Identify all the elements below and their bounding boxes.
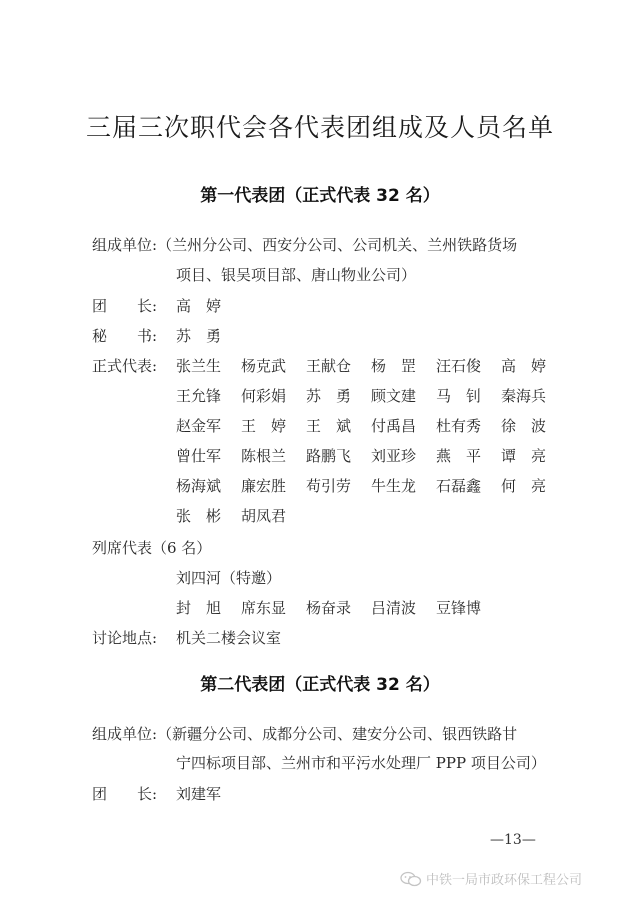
delegate-name: 胡凤君 (241, 505, 286, 526)
attendee-name: 席东显 (241, 597, 306, 618)
group1-heading: 第一代表团（正式代表 32 名） (0, 181, 640, 206)
delegate-name: 曾仕军 (176, 445, 241, 466)
delegate-name: 徐 波 (501, 415, 546, 436)
delegate-name: 何 亮 (501, 475, 546, 496)
delegate-row: 王允锋何彩娟苏 勇顾文建马 钊秦海兵 (176, 385, 546, 406)
attendee-special: 刘四河（特邀） (176, 567, 281, 588)
attendee-name: 杨奋录 (306, 597, 371, 618)
delegate-name: 马 钊 (436, 385, 501, 406)
venue-value: 机关二楼会议室 (176, 629, 281, 647)
secretary-label: 秘 书: (92, 325, 176, 346)
delegate-name: 顾文建 (371, 385, 436, 406)
delegate-name: 王献仓 (306, 355, 371, 376)
delegate-name: 何彩娟 (241, 385, 306, 406)
delegate-name: 谭 亮 (501, 445, 546, 466)
document-title: 三届三次职代会各代表团组成及人员名单 (0, 108, 640, 144)
delegate-name: 路鹏飞 (306, 445, 371, 466)
delegate-name: 付禹昌 (371, 415, 436, 436)
units-label: 组成单位: (92, 236, 157, 254)
delegate-name: 苏 勇 (306, 385, 371, 406)
delegate-row: 张 彬胡凤君 (176, 505, 286, 526)
leader-name: 刘建军 (176, 785, 221, 803)
delegate-name: 张兰生 (176, 355, 241, 376)
delegate-name: 王允锋 (176, 385, 241, 406)
page-number: —13— (490, 832, 536, 848)
group1-secretary: 秘 书:苏 勇 (92, 325, 221, 346)
group1-units: 组成单位:（兰州分公司、西安分公司、公司机关、兰州铁路货场 (92, 234, 517, 255)
delegate-name: 刘亚珍 (371, 445, 436, 466)
delegate-name: 杨 罡 (371, 355, 436, 376)
group2-units: 组成单位:（新疆分公司、成都分公司、建安分公司、银西铁路甘 (92, 723, 517, 744)
units-line1: （新疆分公司、成都分公司、建安分公司、银西铁路甘 (157, 725, 517, 743)
group1-leader: 团 长:高 婷 (92, 295, 221, 316)
group1-delegates-label: 正式代表: (92, 355, 176, 376)
secretary-name: 苏 勇 (176, 327, 221, 345)
group1-venue: 讨论地点:机关二楼会议室 (92, 627, 281, 648)
delegate-name: 张 彬 (176, 505, 241, 526)
leader-name: 高 婷 (176, 297, 221, 315)
delegates-label: 正式代表: (92, 355, 176, 376)
delegate-row: 杨海斌廉宏胜苟引劳牛生龙石磊鑫何 亮 (176, 475, 546, 496)
delegate-name: 杨克武 (241, 355, 306, 376)
delegate-row: 张兰生杨克武王献仓杨 罡汪石俊高 婷 (176, 355, 546, 376)
delegate-name: 秦海兵 (501, 385, 546, 406)
delegate-name: 赵金军 (176, 415, 241, 436)
venue-label: 讨论地点: (92, 627, 176, 648)
delegate-name: 王 婷 (241, 415, 306, 436)
delegate-name: 汪石俊 (436, 355, 501, 376)
delegate-row: 赵金军王 婷王 斌付禹昌杜有秀徐 波 (176, 415, 546, 436)
units-line1: （兰州分公司、西安分公司、公司机关、兰州铁路货场 (157, 236, 517, 254)
delegate-name: 廉宏胜 (241, 475, 306, 496)
delegate-row: 曾仕军陈根兰路鹏飞刘亚珍燕 平谭 亮 (176, 445, 546, 466)
attendee-name: 封 旭 (176, 597, 241, 618)
delegate-name: 高 婷 (501, 355, 546, 376)
delegate-name: 杜有秀 (436, 415, 501, 436)
delegate-name: 石磊鑫 (436, 475, 501, 496)
delegate-name: 王 斌 (306, 415, 371, 436)
watermark: 中铁一局市政环保工程公司 (400, 869, 582, 891)
watermark-text: 中铁一局市政环保工程公司 (426, 873, 582, 888)
attendee-name: 吕清波 (371, 597, 436, 618)
attendee-name: 豆锋博 (436, 597, 481, 618)
units-label: 组成单位: (92, 725, 157, 743)
leader-label: 团 长: (92, 783, 176, 804)
delegate-name: 陈根兰 (241, 445, 306, 466)
delegate-name: 牛生龙 (371, 475, 436, 496)
group1-attendees-label: 列席代表（6 名） (92, 537, 211, 558)
group2-leader: 团 长:刘建军 (92, 783, 221, 804)
wechat-icon (400, 871, 422, 891)
group1-units-cont: 项目、银吴项目部、唐山物业公司） (176, 264, 416, 285)
group2-units-cont: 宁四标项目部、兰州市和平污水处理厂 PPP 项目公司） (176, 752, 546, 773)
attendee-row: 封 旭席东显杨奋录吕清波豆锋博 (176, 597, 481, 618)
delegate-name: 燕 平 (436, 445, 501, 466)
leader-label: 团 长: (92, 295, 176, 316)
delegate-name: 杨海斌 (176, 475, 241, 496)
delegate-name: 苟引劳 (306, 475, 371, 496)
group2-heading: 第二代表团（正式代表 32 名） (0, 670, 640, 695)
